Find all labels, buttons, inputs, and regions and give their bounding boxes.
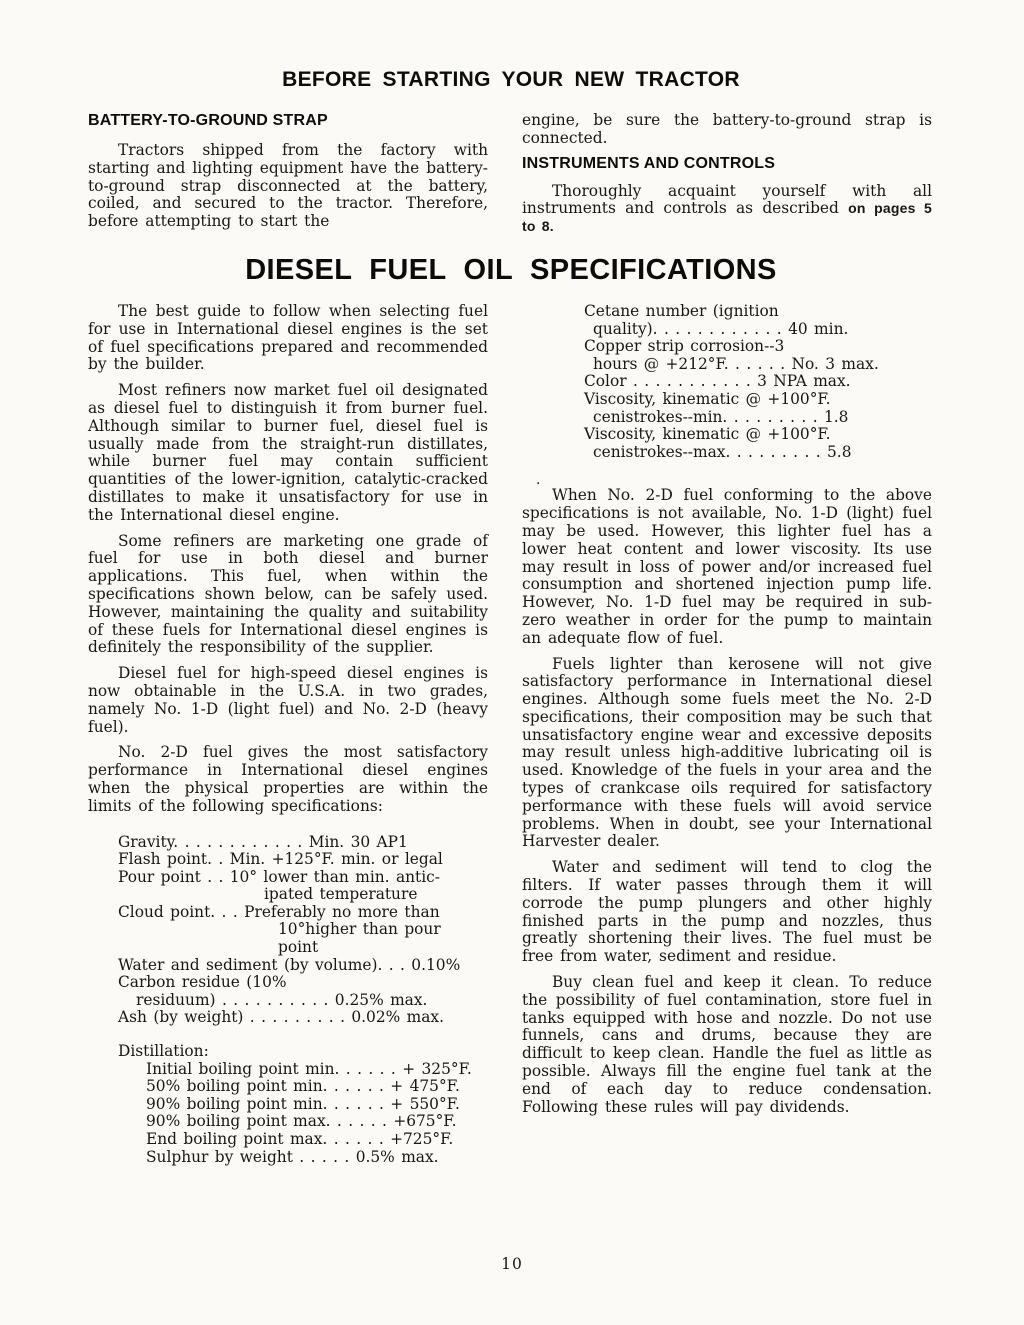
- fuel-spec-list-right: Cetane number (ignition quality). . . . …: [522, 303, 932, 461]
- battery-strap-heading: BATTERY-TO-GROUND STRAP: [88, 112, 488, 130]
- distillation-sulphur: Sulphur by weight . . . . . 0.5% max.: [88, 1149, 488, 1167]
- paragraph-when-no-2d-text: When No. 2-D fuel conforming to the abov…: [522, 486, 932, 646]
- spec-line-pour-point-cont: ipated temperature: [88, 886, 488, 904]
- spec-line-water-sediment: Water and sediment (by volume). . . 0.10…: [88, 957, 488, 975]
- spec-line-cloud-point: Cloud point. . . Preferably no more than: [88, 904, 488, 922]
- spec-line-viscosity-min-cont: cenistrokes--min. . . . . . . . . 1.8: [522, 409, 932, 427]
- spec-line-flash-point: Flash point. . Min. +125°F. min. or lega…: [88, 851, 488, 869]
- distillation-end-max: End boiling point max. . . . . . +725°F.: [88, 1131, 488, 1149]
- spec-line-cloud-point-cont-1: 10°higher than pour: [88, 921, 488, 939]
- spec-line-cetane-cont: quality). . . . . . . . . . . . 40 min.: [522, 321, 932, 339]
- instruments-paragraph: Thoroughly acquaint yourself with all in…: [522, 183, 932, 236]
- spec-line-color: Color . . . . . . . . . . . 3 NPA max.: [522, 373, 932, 391]
- spec-line-copper-strip: Copper strip corrosion--3: [522, 338, 932, 356]
- instruments-heading: INSTRUMENTS AND CONTROLS: [522, 155, 932, 173]
- spec-line-cetane: Cetane number (ignition: [522, 303, 932, 321]
- fuel-spec-list: Gravity. . . . . . . . . . . . Min. 30 A…: [88, 834, 488, 1028]
- page-number: 10: [0, 1255, 1024, 1273]
- paragraph-2d-performance: No. 2-D fuel gives the most satisfactory…: [88, 744, 488, 815]
- paragraph-when-no-2d: .When No. 2-D fuel conforming to the abo…: [522, 487, 932, 647]
- top-left-column: BATTERY-TO-GROUND STRAP Tractors shipped…: [88, 112, 488, 236]
- battery-strap-continuation: engine, be sure the battery-to-ground st…: [522, 112, 932, 148]
- distillation-90-min: 90% boiling point min. . . . . . + 550°F…: [88, 1096, 488, 1114]
- spec-line-viscosity-max: Viscosity, kinematic @ +100°F.: [522, 426, 932, 444]
- spec-line-copper-strip-cont: hours @ +212°F. . . . . . No. 3 max.: [522, 356, 932, 374]
- distillation-list: Distillation: Initial boiling point min.…: [88, 1043, 488, 1166]
- paragraph-most-refiners: Most refiners now market fuel oil design…: [88, 382, 488, 524]
- main-left-column: The best guide to follow when selecting …: [88, 303, 488, 1166]
- distillation-heading: Distillation:: [88, 1043, 488, 1061]
- stray-print-mark: .: [536, 472, 540, 490]
- spec-line-gravity: Gravity. . . . . . . . . . . . Min. 30 A…: [88, 834, 488, 852]
- spec-line-carbon-residue: Carbon residue (10%: [88, 974, 488, 992]
- spec-line-viscosity-max-cont: cenistrokes--max. . . . . . . . . 5.8: [522, 444, 932, 462]
- page-header-title: BEFORE STARTING YOUR NEW TRACTOR: [88, 68, 934, 92]
- distillation-initial: Initial boiling point min. . . . . . + 3…: [88, 1061, 488, 1079]
- battery-strap-paragraph: Tractors shipped from the factory with s…: [88, 142, 488, 231]
- distillation-50-min: 50% boiling point min. . . . . . + 475°F…: [88, 1078, 488, 1096]
- paragraph-best-guide: The best guide to follow when selecting …: [88, 303, 488, 374]
- paragraph-buy-clean: Buy clean fuel and keep it clean. To red…: [522, 974, 932, 1116]
- main-section: The best guide to follow when selecting …: [88, 303, 934, 1166]
- paragraph-fuels-lighter: Fuels lighter than kerosene will not giv…: [522, 656, 932, 852]
- paragraph-water-sediment: Water and sediment will tend to clog the…: [522, 859, 932, 966]
- spec-line-viscosity-min: Viscosity, kinematic @ +100°F.: [522, 391, 932, 409]
- paragraph-some-refiners: Some refiners are marketing one grade of…: [88, 533, 488, 658]
- spec-line-carbon-residue-cont: residuum) . . . . . . . . . . 0.25% max.: [88, 992, 488, 1010]
- paragraph-two-grades: Diesel fuel for high-speed diesel engine…: [88, 665, 488, 736]
- spec-line-ash: Ash (by weight) . . . . . . . . . 0.02% …: [88, 1009, 488, 1027]
- top-section: BATTERY-TO-GROUND STRAP Tractors shipped…: [88, 112, 934, 236]
- main-right-column: Cetane number (ignition quality). . . . …: [522, 303, 932, 1166]
- distillation-90-max: 90% boiling point max. . . . . . +675°F.: [88, 1113, 488, 1131]
- section-title: DIESEL FUEL OIL SPECIFICATIONS: [88, 254, 934, 287]
- manual-page: BEFORE STARTING YOUR NEW TRACTOR BATTERY…: [0, 0, 1024, 1325]
- top-right-column: engine, be sure the battery-to-ground st…: [522, 112, 932, 236]
- spec-line-cloud-point-cont-2: point: [88, 939, 488, 957]
- spec-line-pour-point: Pour point . . 10° lower than min. antic…: [88, 869, 488, 887]
